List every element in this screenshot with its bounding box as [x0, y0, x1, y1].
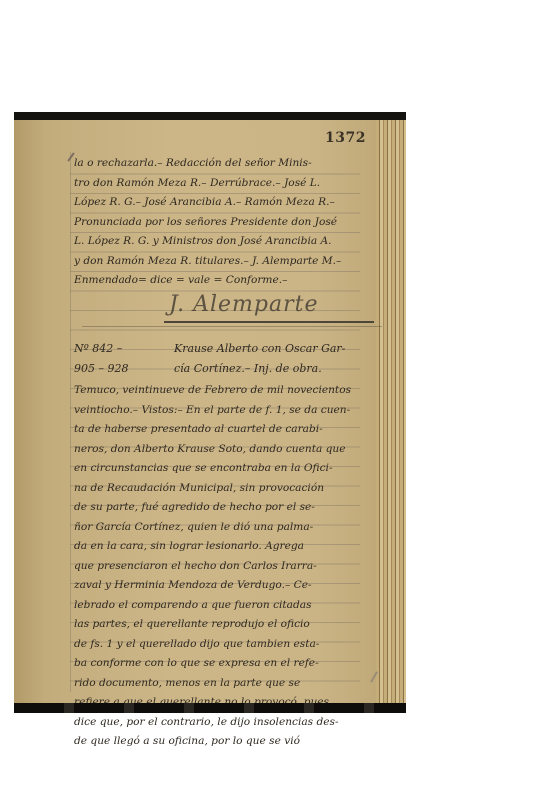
text-line: da en la cara, sin lograr lesionarlo. Ag… [74, 537, 364, 557]
text-line: López R. G.– José Arancibia A.– Ramón Me… [74, 193, 364, 213]
case-number: Nº 842 – [74, 342, 122, 355]
case-title: Krause Alberto con Oscar Gar- [174, 342, 345, 355]
text-line: neros, don Alberto Krause Soto, dando cu… [74, 440, 364, 460]
text-line: L. López R. G. y Ministros don José Aran… [74, 232, 364, 252]
stacked-page-edges [376, 120, 406, 706]
entry-divider [82, 326, 382, 327]
page-number: 1372 [325, 130, 366, 146]
text-line: Pronunciada por los señores Presidente d… [74, 213, 364, 233]
case-reference: 905 – 928 [74, 362, 128, 375]
text-line: las partes, el querellante reprodujo el … [74, 615, 364, 635]
signature: J. Alemparte [169, 292, 318, 317]
text-line: de fs. 1 y el querellado dijo que tambie… [74, 635, 364, 655]
entry-body: Temuco, veintinueve de Febrero de mil no… [74, 381, 364, 752]
case-title-continued: cía Cortínez.– Inj. de obra. [174, 362, 322, 375]
text-line: ñor García Cortínez, quien le dió una pa… [74, 518, 364, 538]
text-line: dice que, por el contrario, le dijo inso… [74, 713, 364, 733]
text-line: tro don Ramón Meza R.– Derrúbrace.– José… [74, 174, 364, 194]
text-line: na de Recaudación Municipal, sin provoca… [74, 479, 364, 499]
scan-bottom-border [14, 703, 406, 713]
entry-previous-judgment: la o rechazarla.– Redacción del señor Mi… [74, 154, 364, 291]
text-line: rido documento, menos en la parte que se [74, 674, 364, 694]
text-line: Enmendado= dice = vale = Conforme.– [74, 271, 364, 291]
text-line: y don Ramón Meza R. titulares.– J. Alemp… [74, 252, 364, 272]
entry-header: Nº 842 – 905 – 928 Krause Alberto con Os… [74, 342, 374, 382]
scanned-ledger-page: 1372 la o rechazarla.– Redacción del señ… [14, 112, 406, 713]
text-line: de que llegó a su oficina, por lo que se… [74, 732, 364, 752]
text-line: ta de haberse presentado al cuartel de c… [74, 420, 364, 440]
text-line: lebrado el comparendo a que fueron citad… [74, 596, 364, 616]
text-line: de su parte, fué agredido de hecho por e… [74, 498, 364, 518]
text-line: la o rechazarla.– Redacción del señor Mi… [74, 154, 364, 174]
text-line: zaval y Herminia Mendoza de Verdugo.– Ce… [74, 576, 364, 596]
text-line: que presenciaron el hecho don Carlos Ira… [74, 557, 364, 577]
text-line: ba conforme con lo que se expresa en el … [74, 654, 364, 674]
margin-line [70, 152, 71, 692]
signature-underline [164, 321, 374, 323]
text-line: en circunstancias que se encontraba en l… [74, 459, 364, 479]
text-line: Temuco, veintinueve de Febrero de mil no… [74, 381, 364, 401]
paper-page: 1372 la o rechazarla.– Redacción del señ… [14, 120, 406, 706]
text-line: veintiocho.– Vistos:– En el parte de f. … [74, 401, 364, 421]
